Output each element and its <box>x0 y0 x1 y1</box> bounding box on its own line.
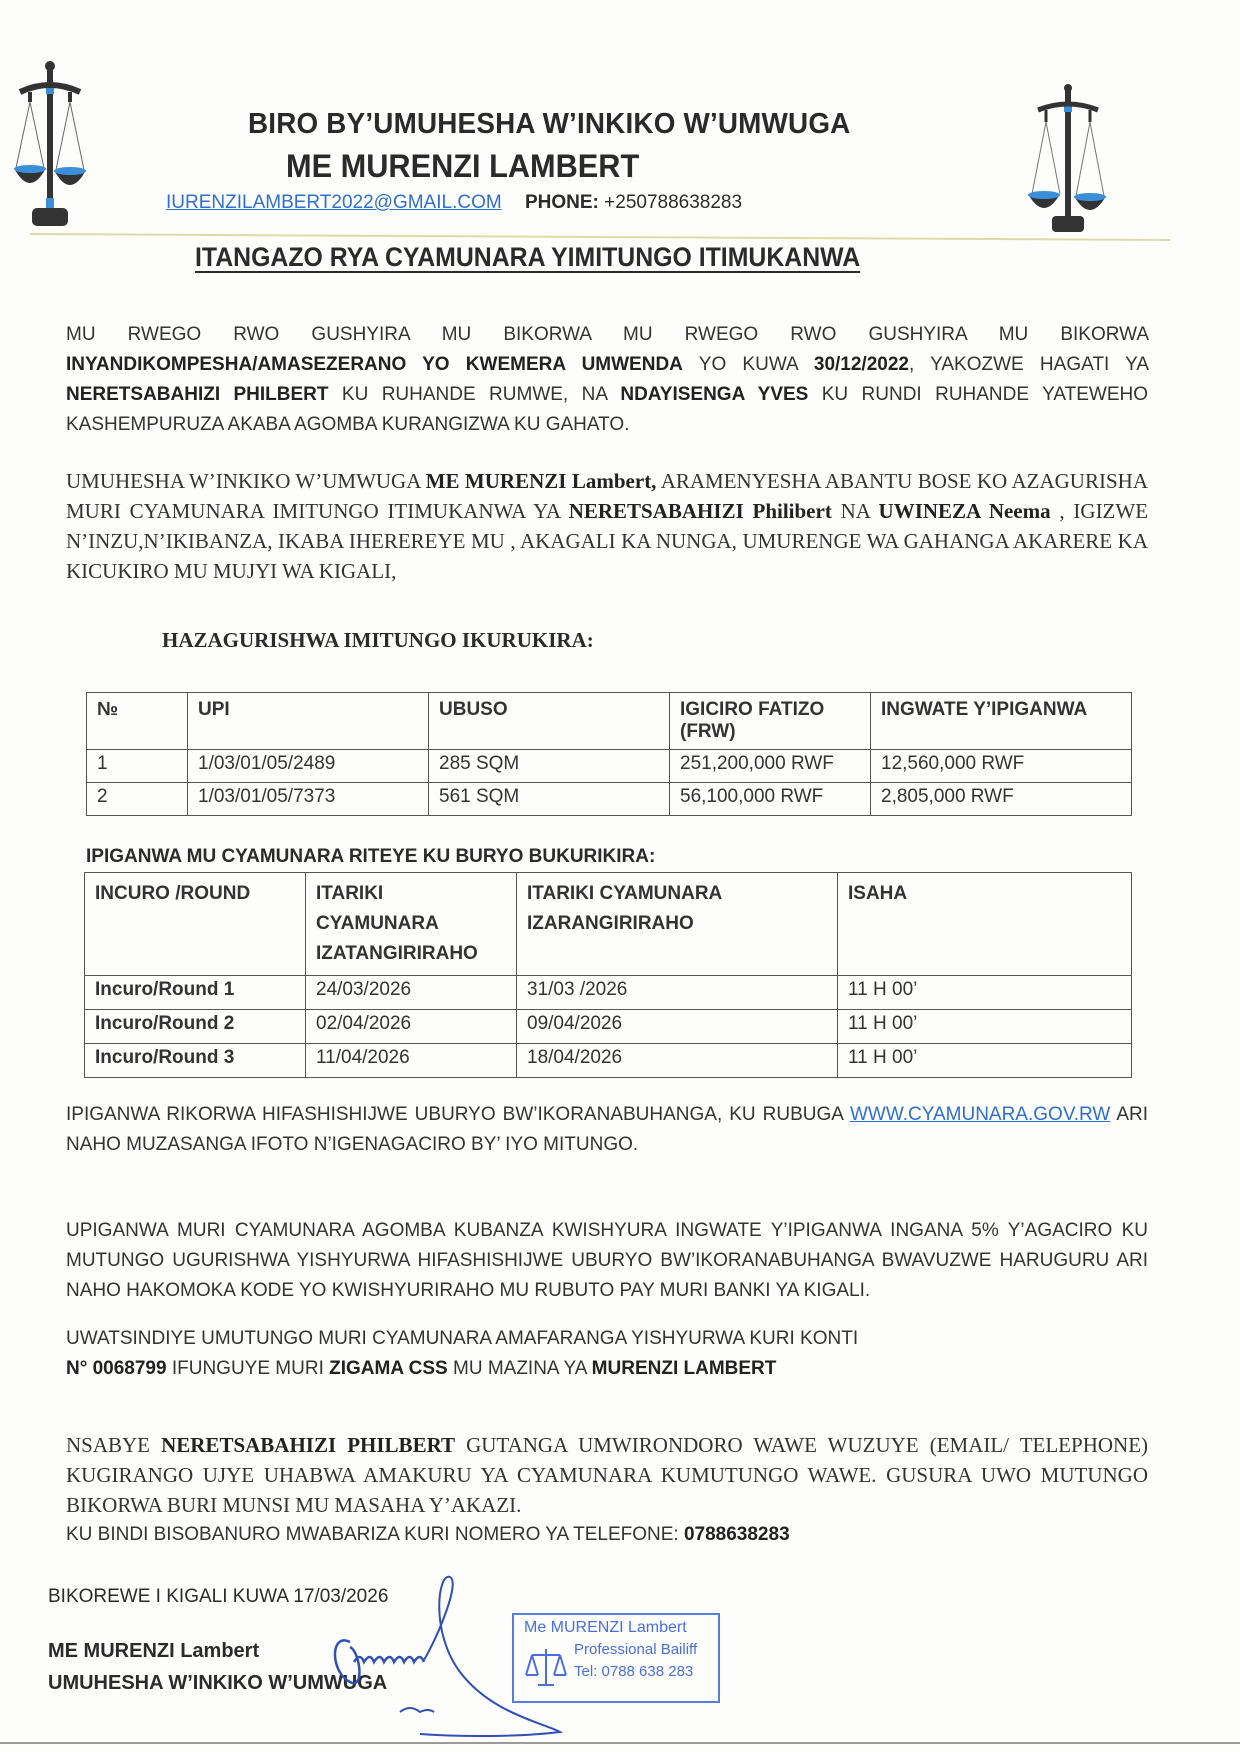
column-header: № <box>87 693 188 750</box>
properties-heading: HAZAGURISHWA IMITUNGO IKURUKIRA: <box>162 628 594 653</box>
scales-of-justice-icon <box>524 1645 568 1689</box>
paragraph-online-bidding: IPIGANWA RIKORWA HIFASHISHIJWE UBURYO BW… <box>66 1100 1148 1160</box>
table-row: Incuro/Round 3 11/04/2026 18/04/2026 11 … <box>85 1044 1132 1078</box>
column-header: ITARIKI CYAMUNARA IZATANGIRIRAHO <box>306 873 517 976</box>
table-row: Incuro/Round 2 02/04/2026 09/04/2026 11 … <box>85 1010 1132 1044</box>
column-header: UPI <box>188 693 429 750</box>
phone-label: PHONE: <box>525 192 599 213</box>
paragraph-more-info: KU BINDI BISOBANURO MWABARIZA KURI NOMER… <box>66 1520 1148 1550</box>
column-header: INCURO /ROUND <box>85 873 306 976</box>
contact-line: IURENZILAMBERT2022@GMAIL.COM PHONE: +250… <box>166 192 742 214</box>
properties-table: № UPI UBUSO IGICIRO FATIZO (FRW) INGWATE… <box>86 692 1132 816</box>
table-row: 2 1/03/01/05/7373 561 SQM 56,100,000 RWF… <box>87 783 1132 816</box>
document-title: ITANGAZO RYA CYAMUNARA YIMITUNGO ITIMUKA… <box>195 242 860 273</box>
scales-of-justice-icon <box>12 58 172 228</box>
header-divider <box>30 233 1170 241</box>
column-header: ISAHA <box>838 873 1132 976</box>
page-edge <box>0 1742 1240 1744</box>
paragraph-intro: MU RWEGO RWO GUSHYIRA MU BIKORWA MU RWEG… <box>66 320 1148 440</box>
phone-number: +250788638283 <box>604 192 742 213</box>
paragraph-contact-request: NSABYE NERETSABAHIZI PHILBERT GUTANGA UM… <box>66 1430 1148 1520</box>
office-name: BIRO BY’UMUHESHA W’INKIKO W’UMWUGA <box>248 108 850 141</box>
column-header: INGWATE Y’IPIGANWA <box>871 693 1132 750</box>
rounds-caption: IPIGANWA MU CYAMUNARA RITEYE KU BURYO BU… <box>86 846 655 868</box>
column-header: UBUSO <box>429 693 670 750</box>
column-header: ITARIKI CYAMUNARA IZARANGIRIRAHO <box>517 873 838 976</box>
table-row: Incuro/Round 1 24/03/2026 31/03 /2026 11… <box>85 976 1132 1010</box>
auction-website-link[interactable]: WWW.CYAMUNARA.GOV.RW <box>850 1104 1110 1125</box>
signer-name: ME MURENZI Lambert <box>48 1640 259 1663</box>
contact-phone: 0788638283 <box>684 1524 790 1545</box>
column-header: IGICIRO FATIZO (FRW) <box>670 693 871 750</box>
paragraph-payment-account: UWATSINDIYE UMUTUNGO MURI CYAMUNARA AMAF… <box>66 1324 1148 1384</box>
email-link[interactable]: IURENZILAMBERT2022@GMAIL.COM <box>166 192 502 213</box>
bailiff-name: ME MURENZI LAMBERT <box>286 148 639 185</box>
auction-rounds-table: INCURO /ROUND ITARIKI CYAMUNARA IZATANGI… <box>84 872 1132 1078</box>
paragraph-announcement: UMUHESHA W’INKIKO W’UMWUGA ME MURENZI La… <box>66 466 1148 586</box>
official-stamp: Me MURENZI Lambert Professional Bailiff … <box>512 1613 720 1703</box>
paragraph-deposit: UPIGANWA MURI CYAMUNARA AGOMBA KUBANZA K… <box>66 1216 1148 1306</box>
scales-of-justice-icon <box>1020 82 1140 232</box>
table-row: 1 1/03/01/05/2489 285 SQM 251,200,000 RW… <box>87 750 1132 783</box>
